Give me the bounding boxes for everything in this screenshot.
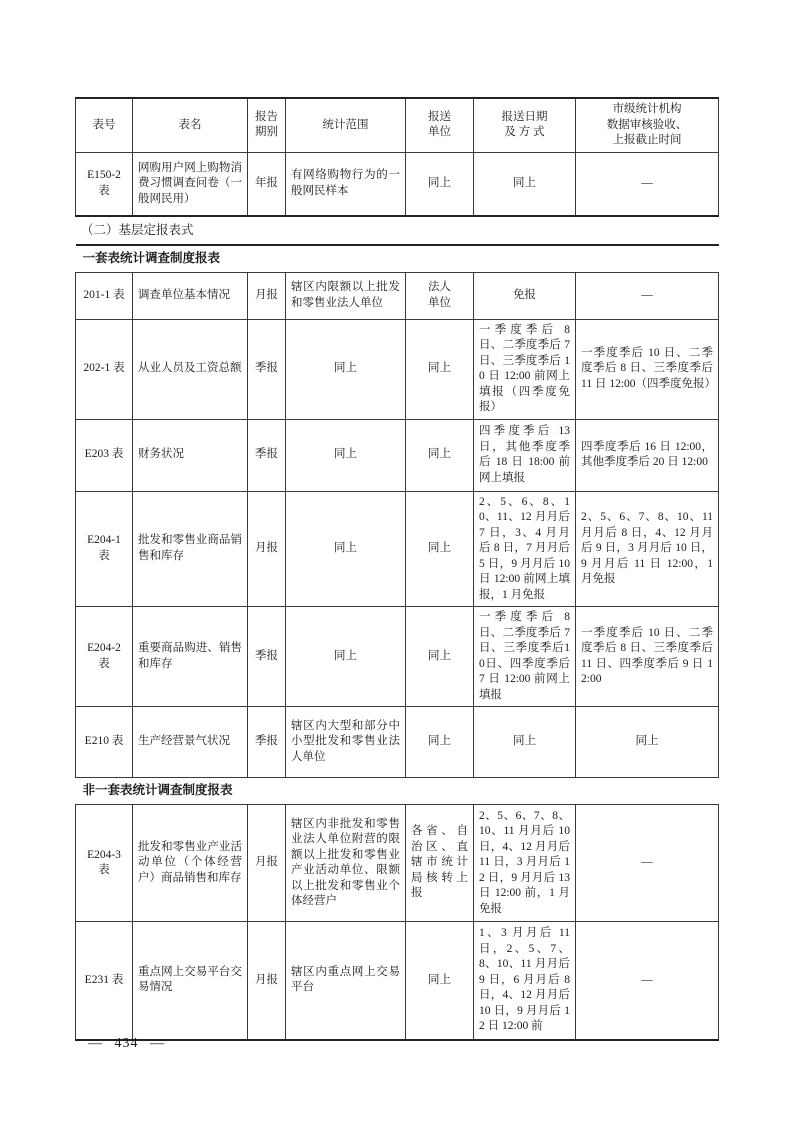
- table-cell: 一季度季后 8 日、二季度季后 7 日、三季度季后10日、四季度季后 7 日 1…: [474, 607, 576, 707]
- section-row: 一套表统计调查制度报表: [76, 245, 719, 272]
- table-cell: E204-3 表: [76, 805, 133, 922]
- table-cell: E210 表: [76, 707, 133, 778]
- interlude-heading: （二）基层定报表式: [81, 223, 718, 238]
- table-cell: 辖区内非批发和零售业法人单位附营的限额以上批发和零售业产业活动单位、限额以上批发…: [286, 805, 406, 922]
- table-cell: 同上: [474, 707, 576, 778]
- column-header: 表号: [76, 98, 133, 152]
- table-cell: 同上: [286, 419, 406, 491]
- table-cell: 年报: [248, 152, 286, 216]
- page-number: — 434 —: [88, 1036, 165, 1052]
- table-cell: 一季度季后 10 日、二季度季后 8 日、三季度季后 11 日 12:00（四季…: [576, 319, 719, 419]
- table-cell: 网购用户网上购物消费习惯调查问卷（一般网民用）: [133, 152, 248, 216]
- table-row: E204-2 表重要商品购进、销售和库存季报同上同上一季度季后 8 日、二季度季…: [76, 607, 719, 707]
- table-cell: 辖区内大型和部分中小型批发和零售业法人单位: [286, 707, 406, 778]
- table-cell: E204-1 表: [76, 491, 133, 607]
- table-cell: 同上: [406, 152, 474, 216]
- table-cell: E231 表: [76, 922, 133, 1040]
- table-cell: 同上: [406, 922, 474, 1040]
- table-cell: E203 表: [76, 419, 133, 491]
- table-cell: 2、5、6、7、8、10、11 月月后 10 日，4、12 月月后 11 日，3…: [474, 805, 576, 922]
- table-cell: E150-2 表: [76, 152, 133, 216]
- table-cell: 同上: [576, 707, 719, 778]
- table-cell: 同上: [474, 152, 576, 216]
- table-cell: 财务状况: [133, 419, 248, 491]
- table-cell: 季报: [248, 707, 286, 778]
- document-page: 表号表名报告 期别统计范围报送 单位报送日期 及 方 式市级统计机构 数据审核验…: [0, 0, 793, 1122]
- table-cell: 调查单位基本情况: [133, 272, 248, 319]
- table-cell: 法人 单位: [406, 272, 474, 319]
- table-cell: 有网络购物行为的一般网民样本: [286, 152, 406, 216]
- table-cell: 季报: [248, 319, 286, 419]
- table-cell: 同上: [406, 491, 474, 607]
- table-cell: 同上: [286, 607, 406, 707]
- table-cell: 201-1 表: [76, 272, 133, 319]
- page-content: 表号表名报告 期别统计范围报送 单位报送日期 及 方 式市级统计机构 数据审核验…: [75, 97, 718, 1041]
- table-cell: 202-1 表: [76, 319, 133, 419]
- column-header: 报送 单位: [406, 98, 474, 152]
- table-cell: 季报: [248, 607, 286, 707]
- table-cell: 辖区内重点网上交易平台: [286, 922, 406, 1040]
- table-cell: 生产经营景气状况: [133, 707, 248, 778]
- table-cell: 批发和零售业产业活动单位（个体经营户）商品销售和库存: [133, 805, 248, 922]
- table-cell: —: [576, 152, 719, 216]
- column-header: 表名: [133, 98, 248, 152]
- table-row: E204-1 表批发和零售业商品销售和库存月报同上同上2、5、6、8、10、11…: [76, 491, 719, 607]
- section-title: 非一套表统计调查制度报表: [76, 778, 719, 805]
- table-row: 202-1 表从业人员及工资总额季报同上同上一季度季后 8 日、二季度季后 7 …: [76, 319, 719, 419]
- table-cell: 同上: [406, 419, 474, 491]
- column-header: 市级统计机构 数据审核验收、 上报截止时间: [576, 98, 719, 152]
- section-row: 非一套表统计调查制度报表: [76, 778, 719, 805]
- table-cell: 四季度季后 13 日，其他季度季后 18 日 18:00 前网上填报: [474, 419, 576, 491]
- table-row: 201-1 表调查单位基本情况月报辖区内限额以上批发和零售业法人单位法人 单位免…: [76, 272, 719, 319]
- table-cell: 2、5、6、8、10、11、12 月月后 7 日，3、4 月月后 8 日，7 月…: [474, 491, 576, 607]
- table-cell: 辖区内限额以上批发和零售业法人单位: [286, 272, 406, 319]
- table-cell: 四季度季后 16 日 12:00，其他季度季后 20 日 12:00: [576, 419, 719, 491]
- table-row: E203 表财务状况季报同上同上四季度季后 13 日，其他季度季后 18 日 1…: [76, 419, 719, 491]
- section-title: 一套表统计调查制度报表: [76, 245, 719, 272]
- header-row: 表号表名报告 期别统计范围报送 单位报送日期 及 方 式市级统计机构 数据审核验…: [76, 98, 719, 152]
- column-header: 报送日期 及 方 式: [474, 98, 576, 152]
- table-cell: —: [576, 922, 719, 1040]
- table-cell: 月报: [248, 491, 286, 607]
- table-cell: 2、5、6、7、8、10、11 月月后 8 日，4、12 月月后 9 日，3 月…: [576, 491, 719, 607]
- table-cell: 从业人员及工资总额: [133, 319, 248, 419]
- table-cell: 同上: [286, 319, 406, 419]
- table-cell: 月报: [248, 272, 286, 319]
- table-cell: 月报: [248, 922, 286, 1040]
- column-header: 报告 期别: [248, 98, 286, 152]
- table-row: E150-2 表网购用户网上购物消费习惯调查问卷（一般网民用）年报有网络购物行为…: [76, 152, 719, 216]
- table-cell: 1、3 月月后 11 日，2、5、7、8、10、11 月月后 9 日，6 月月后…: [474, 922, 576, 1040]
- table-cell: 同上: [406, 707, 474, 778]
- table-cell: 同上: [286, 491, 406, 607]
- table-cell: 同上: [406, 319, 474, 419]
- table-cell: 重点网上交易平台交易情况: [133, 922, 248, 1040]
- report-table-1: 表号表名报告 期别统计范围报送 单位报送日期 及 方 式市级统计机构 数据审核验…: [75, 97, 719, 217]
- table-cell: E204-2 表: [76, 607, 133, 707]
- table-cell: 同上: [406, 607, 474, 707]
- table-cell: 重要商品购进、销售和库存: [133, 607, 248, 707]
- table-row: E210 表生产经营景气状况季报辖区内大型和部分中小型批发和零售业法人单位同上同…: [76, 707, 719, 778]
- report-table-2: 一套表统计调查制度报表201-1 表调查单位基本情况月报辖区内限额以上批发和零售…: [75, 244, 719, 1041]
- column-header: 统计范围: [286, 98, 406, 152]
- table-cell: —: [576, 805, 719, 922]
- table-cell: 月报: [248, 805, 286, 922]
- table-cell: 一季度季后 8 日、二季度季后 7 日、三季度季后 10 日 12:00 前网上…: [474, 319, 576, 419]
- table-cell: 批发和零售业商品销售和库存: [133, 491, 248, 607]
- table-row: E204-3 表批发和零售业产业活动单位（个体经营户）商品销售和库存月报辖区内非…: [76, 805, 719, 922]
- table-cell: 季报: [248, 419, 286, 491]
- table-row: E231 表重点网上交易平台交易情况月报辖区内重点网上交易平台同上1、3 月月后…: [76, 922, 719, 1040]
- table-cell: —: [576, 272, 719, 319]
- table-cell: 一季度季后 10 日、二季度季后 8 日、三季度季后 11 日、四季度季后 9 …: [576, 607, 719, 707]
- table-cell: 免报: [474, 272, 576, 319]
- table-cell: 各省、自治区、直辖市统计局核转上报: [406, 805, 474, 922]
